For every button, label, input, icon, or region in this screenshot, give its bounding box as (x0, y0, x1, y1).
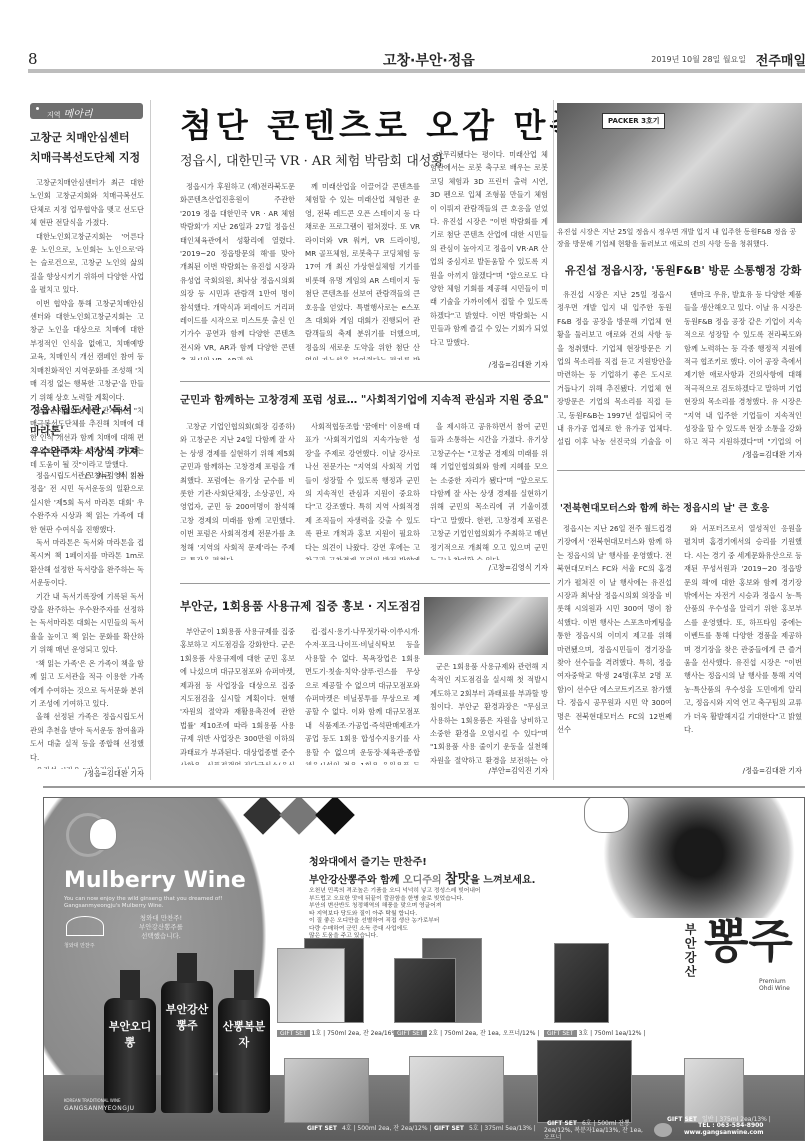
ad-website[interactable]: www.gangsanwine.com (684, 1129, 763, 1136)
article-body: 정읍시립도서관은 최근 '책 읽는 정읍' 전 시민 독서운동의 일환으로 실시… (30, 469, 144, 769)
big-logo-small: 부안강산 (682, 923, 699, 979)
dongwon-column-1: 유진섭 시장은 지난 25일 정읍시 정우면 개발 입지 내 입주한 동원F&B… (557, 288, 672, 448)
region-tag-prefix: 지역 (47, 111, 61, 119)
forum-column-3: 을 제시하고 공유하면서 참여 군민들과 소통하는 시간을 가졌다. 유기상 고… (430, 420, 548, 560)
gift-box-6 (537, 1040, 632, 1123)
ad-body: 오천년 민족의 격조높은 기품을 오디 넉넉히 넣고 정성스레 빚어내어 부드럽… (309, 888, 481, 941)
buan-column-1: 부안군이 1회용품 사용규제를 집중 홍보하고 지도점검을 강화한다. 군은 1… (180, 625, 295, 765)
buan-photo (424, 597, 548, 655)
gift-set-6-label: GIFT SET6호 | 500ml 잔뽕2ea/12%, 복분자1ea/13%… (544, 1120, 644, 1141)
gift-box-3 (554, 943, 609, 1023)
gift-set-2-label: GIFT SET2호 | 750ml 2ea, 잔 1ea, 오프너/12% | (394, 1028, 539, 1037)
dongwon-photo: PACKER 3호기 (557, 103, 802, 223)
buan-headline: 부안군, 1회용품 사용규제 집중 홍보 · 지도점검 (180, 598, 440, 614)
gift-set-3-label: GIFT SET3호 | 750ml 1ea/12% | (544, 1028, 645, 1037)
mascot-icon (89, 818, 117, 850)
byline: /정읍=김대완 기자 (430, 360, 548, 370)
hyundai-headline: '전북현대모터스와 함께 하는 정읍시의 날' 큰 호응 (560, 500, 805, 514)
region-tag-title: 메아리 (64, 109, 93, 120)
region-tag: 지역메아리 (30, 103, 143, 119)
lead-column-2: 께 미래산업을 이끌어갈 콘텐츠를 체험할 수 있는 미래산업 체험관 운영, … (305, 180, 420, 360)
article-title: 정읍시립도서관, '독서 마라톤' 우수완주자 시상식 가져 (30, 400, 144, 463)
ad-separator-rule (43, 786, 805, 788)
bullet-icon (36, 107, 39, 110)
bottle-ppongju: 부안강산뽕주 (161, 981, 213, 1113)
gift-set-5-label: GIFT SET5호 | 375ml 5ea/13% | (431, 1123, 536, 1132)
big-logo-main: 뽕주 (704, 918, 793, 964)
article-title: 고창군 치매안심센터 치매극복선도단체 지정 (30, 128, 144, 168)
bluehouse-icon (66, 916, 104, 936)
dongwon-headline: 유진섭 정읍시장, '동원F&B' 방문 소통행정 강화 (565, 262, 805, 278)
ad-tagline-1: 청와대에서 즐기는 만찬주! (309, 853, 427, 868)
bluehouse-label: 청와대 만찬주 (64, 942, 95, 949)
byline: /정읍=김대완 기자 (30, 769, 144, 779)
section-title: 고창·부안·정읍 (383, 50, 475, 70)
gift-box-1-front (277, 948, 345, 1023)
berry-diamonds (249, 801, 349, 839)
column-divider (553, 100, 554, 780)
forum-headline: 군민과 함께하는 고창경제 포럼 성료… "사회적기업에 지속적 관심과 지원 … (180, 392, 560, 407)
maker-name: GANGSANMYEONGJU (64, 1105, 135, 1112)
page-number: 8 (28, 50, 38, 68)
bluehouse-note: 청와대 만찬주! 부안강산뽕주를 선택했습니다. (139, 914, 183, 941)
buan-column-3: 군은 1회용품 사용규제와 관련해 지속적인 지도점검을 실시해 첫 적발시 계… (430, 660, 548, 765)
gift-box-5 (409, 1056, 504, 1123)
photo-caption: 유진섭 시장은 지난 25일 정읍시 정우면 개발 입지 내 입주한 동원F&B… (557, 226, 802, 250)
dongwon-column-2: 덴마크 우유, 발효유 등 다양한 제품들을 생산해오고 있다. 이날 유 시장… (684, 288, 802, 448)
ad-phone: TEL : 063-584-8900 (684, 1122, 763, 1129)
masthead-rule (28, 69, 805, 73)
ad-tagline-2: 부안강산뽕주와 함께 오디주의 참맛을 느껴보세요. (309, 868, 535, 887)
byline: /고창=김영식 기자 (430, 563, 548, 573)
column-divider (150, 100, 151, 780)
buan-column-2: 컵·접시·용기·나무젓가락·이쑤시개·수저·포크·나이프·비닐식탁보 등을 사용… (305, 625, 420, 765)
maker-small: KOREAN TRADITIONAL WINE (64, 1098, 121, 1103)
gift-set-1-label: GIFT SET1호 | 750ml 2ea, 잔 2ea/16% | (277, 1028, 401, 1037)
forum-column-1: 고창군 기업인협의회(회장 김종하)와 고창군은 지난 24일 다함께 잘 사는… (180, 420, 295, 560)
section-rule (557, 470, 805, 471)
byline: /정읍=김대완 기자 (684, 766, 802, 776)
gift-set-4-label: GIFT SET4호 | 500ml 2ea, 잔 2ea/12% | (304, 1123, 431, 1132)
brief-library: 정읍시립도서관, '독서 마라톤' 우수완주자 시상식 가져 정읍시립도서관은 … (30, 400, 144, 779)
bottle-odi: 부안오디뽕 (104, 998, 156, 1113)
hyundai-column-2: 와 서포터즈로서 열성적인 응원을 펼치며 홈경기에서의 승리를 기원했다. 시… (684, 522, 802, 766)
premium-label: Premium Ohdi Wine (759, 978, 790, 992)
photo-sign: PACKER 3호기 (602, 113, 665, 129)
masthead: 8 고창·부안·정읍 2019년 10월 28일 월요일 전주매일 (28, 48, 805, 74)
brand-title: Mulberry Wine (64, 868, 246, 893)
bottle-bokbunja: 산뽕복분자 (218, 998, 270, 1113)
hyundai-column-1: 정읍시는 지난 26일 전주 월드컵경기장에서 '전북현대모터스와 함께 하는 … (557, 522, 672, 766)
lead-column-3: 마무리됐다는 평이다. 미래산업 체험관에서는 로봇 축구로 배우는 로봇 코딩… (430, 148, 548, 360)
forum-column-2: 사회적협동조합 '꿈애터' 이용배 대표가 '사회적기업의 지속가능한 성장'을… (305, 420, 420, 560)
company-logo-icon (654, 1123, 672, 1137)
byline: /정읍=김대완 기자 (684, 450, 802, 460)
publication-date: 2019년 10월 28일 월요일 (651, 54, 746, 65)
mulberry-wine-ad[interactable]: Mulberry Wine You can now enjoy the wild… (43, 797, 805, 1141)
brand-subtitle: You can now enjoy the wild ginseng that … (64, 896, 264, 910)
gift-box-4 (284, 1058, 369, 1123)
gift-box-2-front (394, 958, 456, 1023)
byline: /부안=김익진 기자 (430, 766, 548, 776)
mascot-icon (584, 797, 629, 833)
lead-headline: 첨단 콘텐츠로 오감 만족 (180, 100, 550, 147)
section-rule (180, 381, 550, 382)
lead-column-1: 정읍시가 후원하고 (재)전라북도문화콘텐츠산업진흥원이 주관한 '2019 정… (180, 180, 295, 360)
newspaper-name: 전주매일 (756, 50, 805, 69)
mulberry-photo (599, 797, 799, 918)
section-rule (180, 583, 550, 584)
ad-contact: TEL : 063-584-8900 www.gangsanwine.com (684, 1122, 763, 1136)
